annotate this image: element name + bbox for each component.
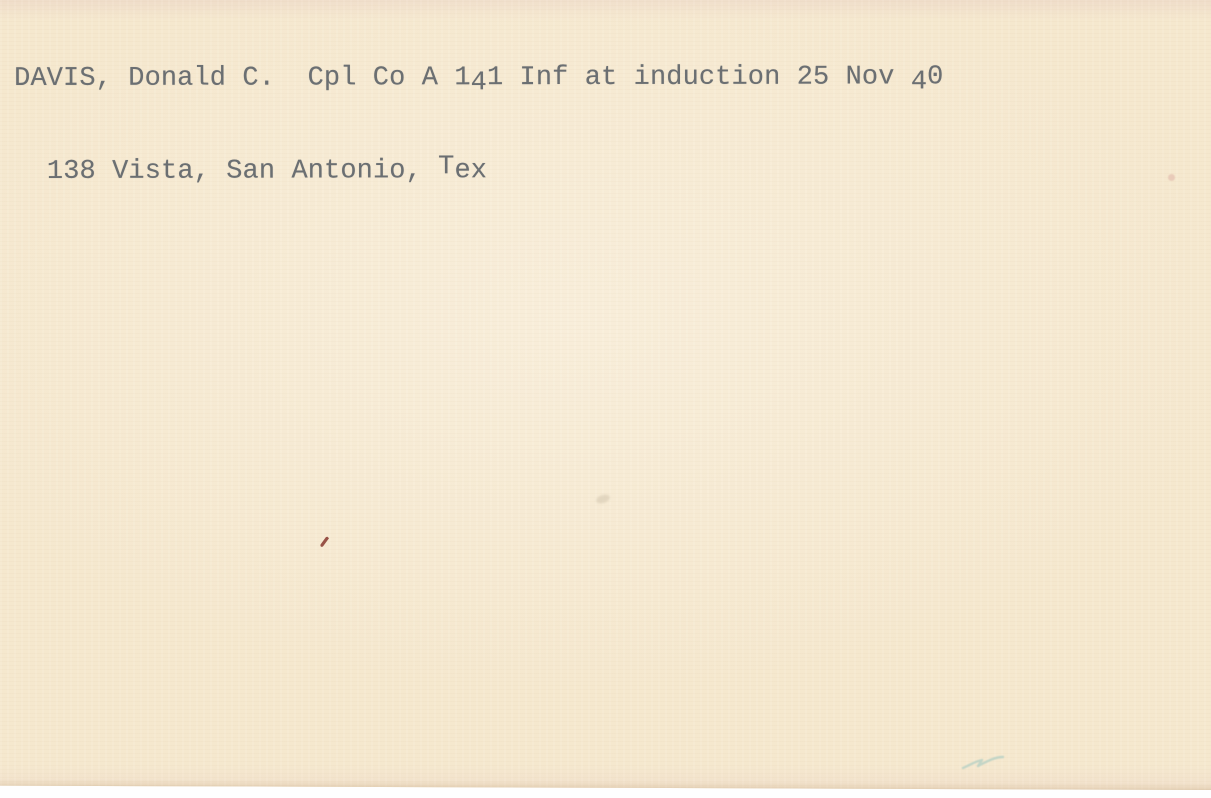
typed-segment: 4 <box>471 68 487 99</box>
typed-line-2: 138 Vista, San Antonio, Tex <box>14 155 943 188</box>
typed-segment: 1 Inf at induction 25 Nov <box>487 62 911 94</box>
card-bottom-edge-shadow <box>0 779 1211 792</box>
scan-background: DAVIS, Donald C. Cpl Co A 141 Inf at ind… <box>0 0 1211 798</box>
typed-line-1: DAVIS, Donald C. Cpl Co A 141 Inf at ind… <box>14 62 943 95</box>
teal-pencil-mark <box>960 752 1006 772</box>
red-ink-speck <box>319 536 330 549</box>
typed-segment: DAVIS, Donald C. Cpl Co A 1 <box>14 63 471 95</box>
typed-segment: T <box>438 152 454 183</box>
typed-segment: ex <box>454 156 487 187</box>
typed-segment: 0 <box>927 62 943 93</box>
typed-segment: 138 Vista, San Antonio, <box>14 156 438 188</box>
typed-text-block: DAVIS, Donald C. Cpl Co A 141 Inf at ind… <box>14 0 944 250</box>
index-card: DAVIS, Donald C. Cpl Co A 141 Inf at ind… <box>0 0 1211 798</box>
pink-speck <box>1168 174 1175 181</box>
typed-segment: 4 <box>911 67 927 98</box>
pencil-smudge <box>595 493 611 505</box>
